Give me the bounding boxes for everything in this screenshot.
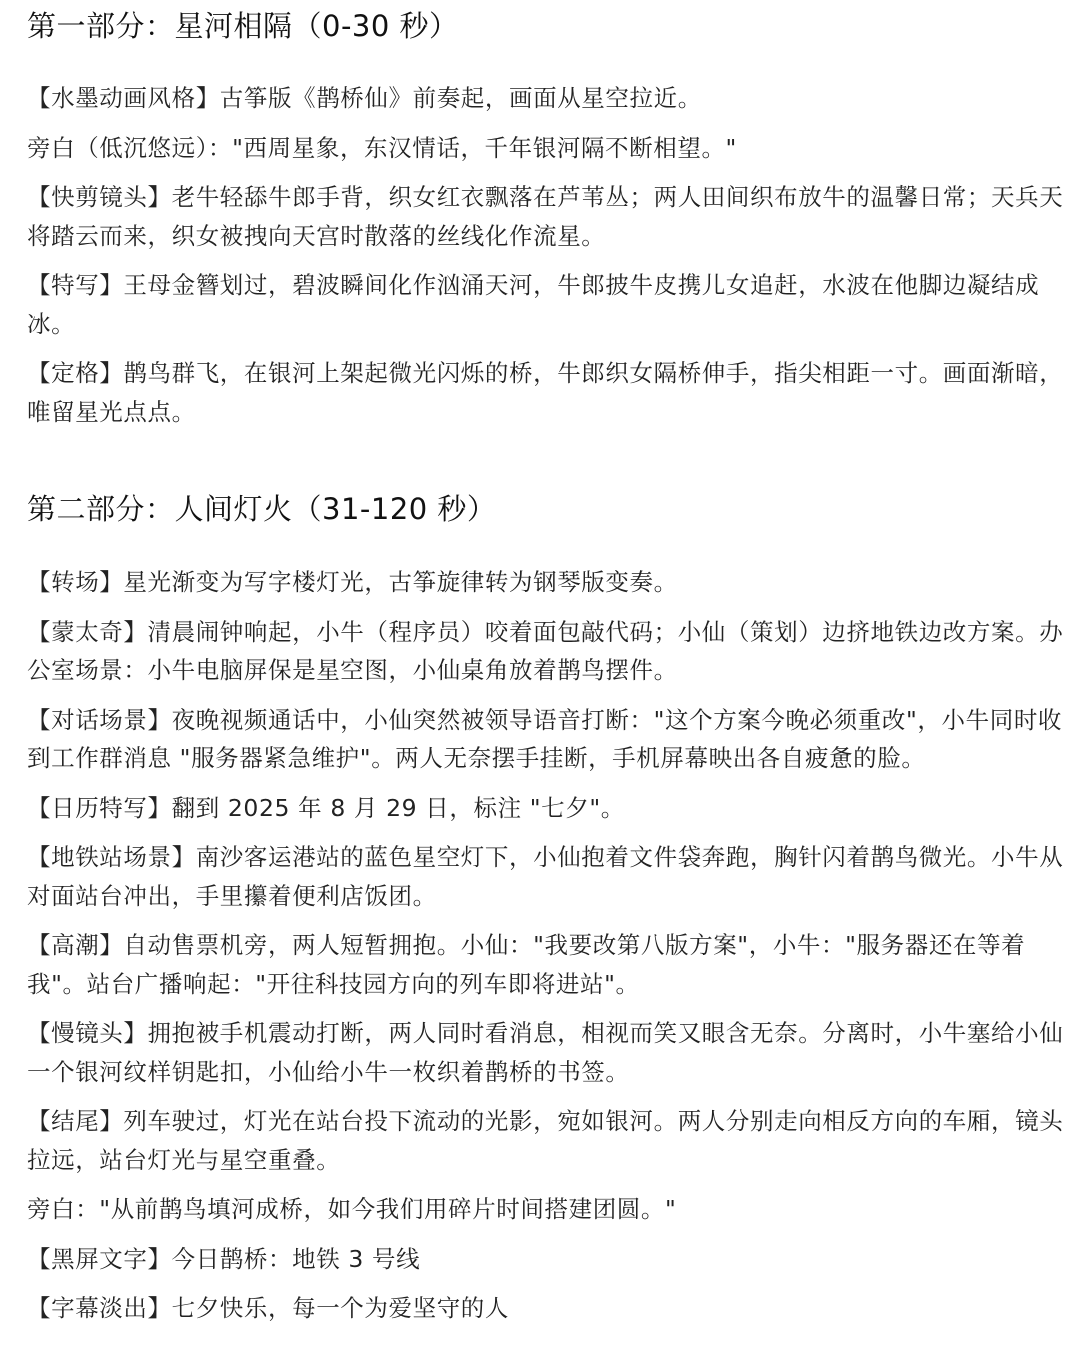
paragraph-subtitle-fade-out: 【字幕淡出】七夕快乐，每一个为爱坚守的人 <box>27 1289 1066 1328</box>
paragraph-montage: 【蒙太奇】清晨闹钟响起，小牛（程序员）咬着面包敲代码；小仙（策划）边挤地铁边改方… <box>27 613 1066 690</box>
paragraph-transition: 【转场】星光渐变为写字楼灯光，古筝旋律转为钢琴版变奏。 <box>27 563 1066 602</box>
script-document: 第一部分：星河相隔（0-30 秒） 【水墨动画风格】古筝版《鹊桥仙》前奏起，画面… <box>0 0 1080 1328</box>
paragraph-black-screen-text: 【黑屏文字】今日鹊桥：地铁 3 号线 <box>27 1240 1066 1279</box>
paragraph-narration-closing: 旁白："从前鹊鸟填河成桥，如今我们用碎片时间搭建团圆。" <box>27 1190 1066 1229</box>
section-heading-part-two: 第二部分：人间灯火（31-120 秒） <box>27 489 1066 529</box>
paragraph-climax: 【高潮】自动售票机旁，两人短暂拥抱。小仙："我要改第八版方案"，小牛："服务器还… <box>27 926 1066 1003</box>
paragraph-dialogue-scene: 【对话场景】夜晚视频通话中，小仙突然被领导语音打断："这个方案今晚必须重改"，小… <box>27 701 1066 778</box>
paragraph-ink-animation: 【水墨动画风格】古筝版《鹊桥仙》前奏起，画面从星空拉近。 <box>27 79 1066 118</box>
paragraph-slow-motion: 【慢镜头】拥抱被手机震动打断，两人同时看消息，相视而笑又眼含无奈。分离时，小牛塞… <box>27 1014 1066 1091</box>
paragraph-ending: 【结尾】列车驶过，灯光在站台投下流动的光影，宛如银河。两人分别走向相反方向的车厢… <box>27 1102 1066 1179</box>
paragraph-quick-cut: 【快剪镜头】老牛轻舔牛郎手背，织女红衣飘落在芦苇丛；两人田间织布放牛的温馨日常；… <box>27 178 1066 255</box>
section-heading-part-one: 第一部分：星河相隔（0-30 秒） <box>27 0 1066 46</box>
paragraph-close-up: 【特写】王母金簪划过，碧波瞬间化作汹涌天河，牛郎披牛皮携儿女追赶，水波在他脚边凝… <box>27 266 1066 343</box>
paragraph-subway-scene: 【地铁站场景】南沙客运港站的蓝色星空灯下，小仙抱着文件袋奔跑，胸针闪着鹊鸟微光。… <box>27 838 1066 915</box>
paragraph-narration-opening: 旁白（低沉悠远）："西周星象，东汉情话，千年银河隔不断相望。" <box>27 129 1066 168</box>
paragraph-calendar-close-up: 【日历特写】翻到 2025 年 8 月 29 日，标注 "七夕"。 <box>27 789 1066 828</box>
paragraph-freeze-frame: 【定格】鹊鸟群飞，在银河上架起微光闪烁的桥，牛郎织女隔桥伸手，指尖相距一寸。画面… <box>27 354 1066 431</box>
